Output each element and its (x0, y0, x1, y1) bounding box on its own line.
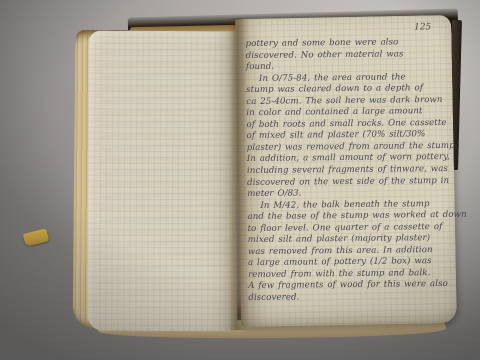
handwritten-line: discovered on the west side of the stump… (247, 175, 449, 189)
right-page: 125 pottery and some bone were also disc… (235, 15, 457, 327)
table-surface: 125 pottery and some bone were also disc… (0, 0, 480, 360)
left-page (87, 31, 239, 332)
handwritten-line: discovered. (248, 291, 450, 305)
handwritten-line: A few fragments of wood for this were al… (248, 279, 450, 293)
spine-gutter (228, 18, 248, 330)
page-number: 125 (414, 22, 431, 32)
bookmark-tab (23, 228, 49, 246)
handwritten-notes: pottery and some bone were also discover… (246, 37, 451, 305)
ink-bleedthrough (99, 45, 230, 302)
